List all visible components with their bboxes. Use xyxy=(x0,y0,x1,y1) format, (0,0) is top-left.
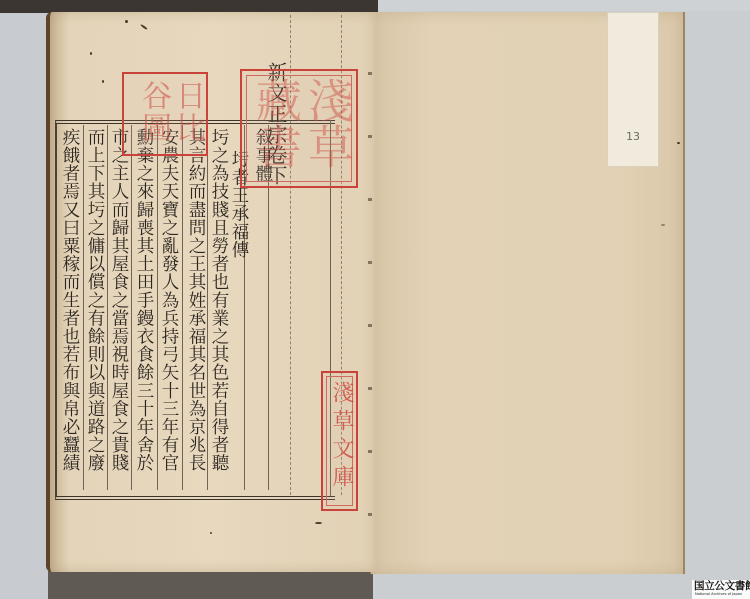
text-column-6: 而上下其圬之傭以償之有餘則以與道路之廢 xyxy=(84,128,106,472)
label-slip-number: 13 xyxy=(608,130,658,143)
background-left xyxy=(0,13,48,599)
text-column-5: 市之主人而歸其屋食之當焉視時屋食之貴賤 xyxy=(108,128,130,472)
logo-english-text: National Archives of Japan xyxy=(695,592,742,597)
text-column-2: 其言約而盡問之王其姓承福其名世為京兆長 xyxy=(185,128,207,472)
paper-speck xyxy=(90,52,92,55)
square-red-seal: 日比谷圖 xyxy=(122,72,208,156)
paper-speck xyxy=(140,24,148,30)
spine-binding xyxy=(368,12,372,574)
label-slip: 13 xyxy=(607,12,659,167)
vertical-red-seal: 淺草文庫 xyxy=(321,371,358,511)
top-background-right xyxy=(378,0,750,11)
text-column-4: 勳棄之來歸喪其土田手鏝衣食餘三十年舍於 xyxy=(133,128,155,472)
text-column-7: 疾餓者焉又曰粟稼而生者也若布與帛必蠶績 xyxy=(59,128,81,472)
large-red-seal: 淺草藏書 xyxy=(240,69,358,188)
paper-speck xyxy=(661,224,665,226)
text-column-3: 安農夫天寶之亂發人為兵持弓矢十三年有官 xyxy=(158,128,180,472)
bottom-shadow-band xyxy=(48,571,373,599)
logo-japanese-text: 国立公文書館 xyxy=(694,580,750,592)
column-rule xyxy=(182,125,183,490)
vertical-seal-text: 淺草文庫 xyxy=(328,381,354,493)
paper-speck xyxy=(315,522,322,524)
column-rule xyxy=(131,125,132,490)
paper-speck xyxy=(125,20,128,23)
right-page: 13 xyxy=(370,12,685,574)
text-column-1: 圬之為技賤且勞者也有業之其色若自得者聽 xyxy=(208,128,230,472)
paper-speck xyxy=(677,142,680,144)
large-seal-text: 淺草藏書 xyxy=(250,77,354,186)
paper-speck xyxy=(102,80,104,83)
square-seal-text: 日比谷圖 xyxy=(128,80,204,154)
national-archives-logo: 国立公文書館 National Archives of Japan xyxy=(692,580,750,599)
paper-speck xyxy=(210,532,212,534)
